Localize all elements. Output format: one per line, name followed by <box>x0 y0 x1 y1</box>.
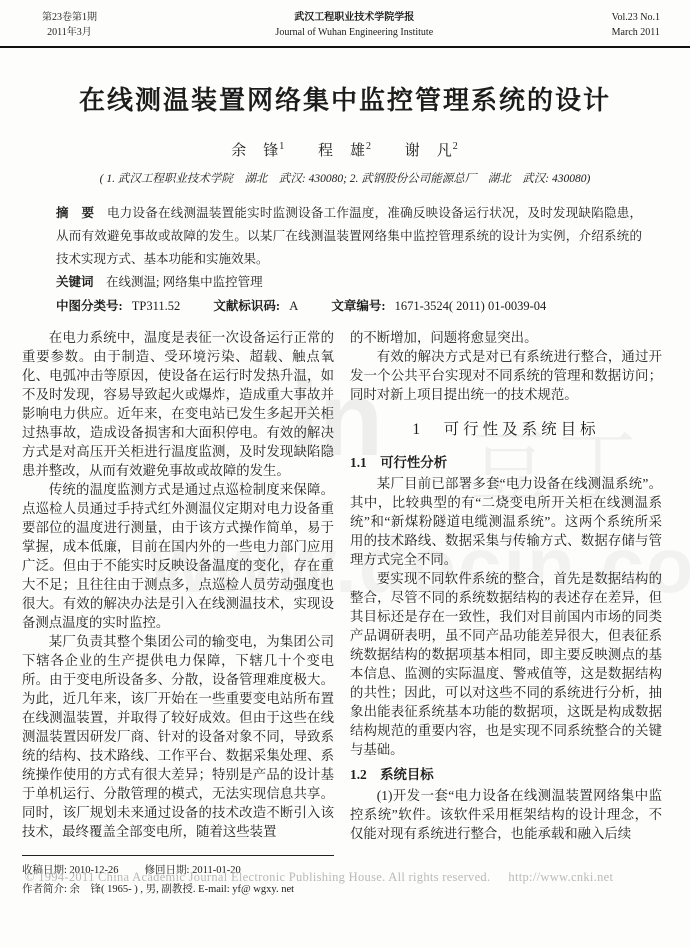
cnki-url: http://www.cnki.net <box>508 870 613 884</box>
article-id-label: 文章编号: <box>331 299 388 313</box>
doc-code-label: 文献标识码: <box>213 299 283 313</box>
paper-title: 在线测温装置网络集中监控管理系统的设计 <box>20 80 670 117</box>
author: 谢 凡2 <box>405 143 459 159</box>
subsection-heading-1-2: 1.2 系统目标 <box>350 765 662 784</box>
cnki-copyright-line: © 1994-2011 China Academic Journal Elect… <box>25 870 665 885</box>
author: 程 雄2 <box>318 143 372 159</box>
affiliation-line: ( 1. 武汉工程职业技术学院 湖北 武汉: 430080; 2. 武钢股份公司… <box>0 170 690 186</box>
volume-block-en: Vol.23 No.1 March 2011 <box>612 10 660 40</box>
clc-value: TP311.52 <box>132 299 181 313</box>
author-name: 谢 凡 <box>405 143 453 159</box>
body-paragraph: (1)开发一套“电力设备在线测温装置网络集中监控系统”软件。该软件采用框架结构的… <box>350 786 662 843</box>
author-affil-mark: 2 <box>366 141 372 152</box>
left-column: 在电力系统中，温度是表征一次设备运行正常的重要参数。由于制造、受环境污染、超载、… <box>22 328 334 900</box>
volume-issue: 第23卷第1期 <box>42 10 97 25</box>
section-heading-1: 1 可行性及系统目标 <box>350 420 662 439</box>
doc-code-value: A <box>289 299 298 313</box>
clc-label: 中图分类号: <box>56 299 126 313</box>
abstract-row: 摘 要 电力设备在线测温装置能实时监测设备工作温度，准确反映设备运行状况，及时发… <box>56 202 642 271</box>
body-columns: 在电力系统中，温度是表征一次设备运行正常的重要参数。由于制造、受环境污染、超载、… <box>0 318 690 900</box>
body-paragraph: 某厂目前已部署多套“电力设备在线测温系统”。其中，比较典型的有“二烧变电所开关柜… <box>350 474 662 569</box>
subsection-heading-1-1: 1.1 可行性分析 <box>350 453 662 472</box>
volume-issue-en: Vol.23 No.1 <box>612 10 660 25</box>
body-paragraph: 某厂负责其整个集团公司的输变电，为集团公司下辖各企业的生产提供电力保障，下辖几十… <box>22 632 334 841</box>
volume-issue-block: 第23卷第1期 2011年3月 <box>42 10 97 40</box>
keywords-label: 关键词 <box>56 275 94 289</box>
body-paragraph: 要实现不同软件系统的整合，首先是数据结构的整合，尽管不同的系统数据结构的表述存在… <box>350 569 662 759</box>
body-paragraph-continued: 的不断增加，问题将愈显突出。 <box>350 328 662 347</box>
author-affil-mark: 2 <box>453 141 459 152</box>
meta-row: 中图分类号: TP311.52 文献标识码: A 文章编号: 1671-3524… <box>56 295 642 318</box>
abstract-text: 电力设备在线测温装置能实时监测设备工作温度，准确反映设备运行状况，及时发现缺陷隐… <box>56 206 642 266</box>
journal-header: 第23卷第1期 2011年3月 武汉工程职业技术学院学报 Journal of … <box>0 0 690 48</box>
keywords-text: 在线测温; 网络集中监控管理 <box>106 275 263 289</box>
journal-name-en: Journal of Wuhan Engineering Institute <box>275 25 433 40</box>
issue-date-en: March 2011 <box>612 25 660 40</box>
right-column: 的不断增加，问题将愈显突出。 有效的解决方式是对已有系统进行整合，通过开发一个公… <box>350 328 662 900</box>
body-paragraph: 传统的温度监测方式是通过点巡检制度来保障。点巡检人员通过手持式红外测温仪定期对电… <box>22 480 334 632</box>
author-name: 余 锋 <box>231 143 279 159</box>
journal-name-block: 武汉工程职业技术学院学报 Journal of Wuhan Engineerin… <box>275 10 433 40</box>
copyright-text: © 1994-2011 China Academic Journal Elect… <box>25 870 490 884</box>
article-id-value: 1671-3524( 2011) 01-0039-04 <box>395 299 547 313</box>
issue-date-cn: 2011年3月 <box>42 25 97 40</box>
body-paragraph: 在电力系统中，温度是表征一次设备运行正常的重要参数。由于制造、受环境污染、超载、… <box>22 328 334 480</box>
journal-name-cn: 武汉工程职业技术学院学报 <box>275 10 433 25</box>
author-affil-mark: 1 <box>279 141 285 152</box>
author-line: 余 锋1 程 雄2 谢 凡2 <box>0 139 690 160</box>
author-name: 程 雄 <box>318 143 366 159</box>
abstract-label: 摘 要 <box>56 206 94 220</box>
body-paragraph: 有效的解决方式是对已有系统进行整合，通过开发一个公共平台实现对不同系统的管理和数… <box>350 347 662 404</box>
author: 余 锋1 <box>231 143 285 159</box>
abstract-block: 摘 要 电力设备在线测温装置能实时监测设备工作温度，准确反映设备运行状况，及时发… <box>56 202 642 318</box>
keywords-row: 关键词 在线测温; 网络集中监控管理 <box>56 271 642 294</box>
paper-page: in 豆丁 www.docin.com 第23卷第1期 2011年3月 武汉工程… <box>0 0 690 948</box>
